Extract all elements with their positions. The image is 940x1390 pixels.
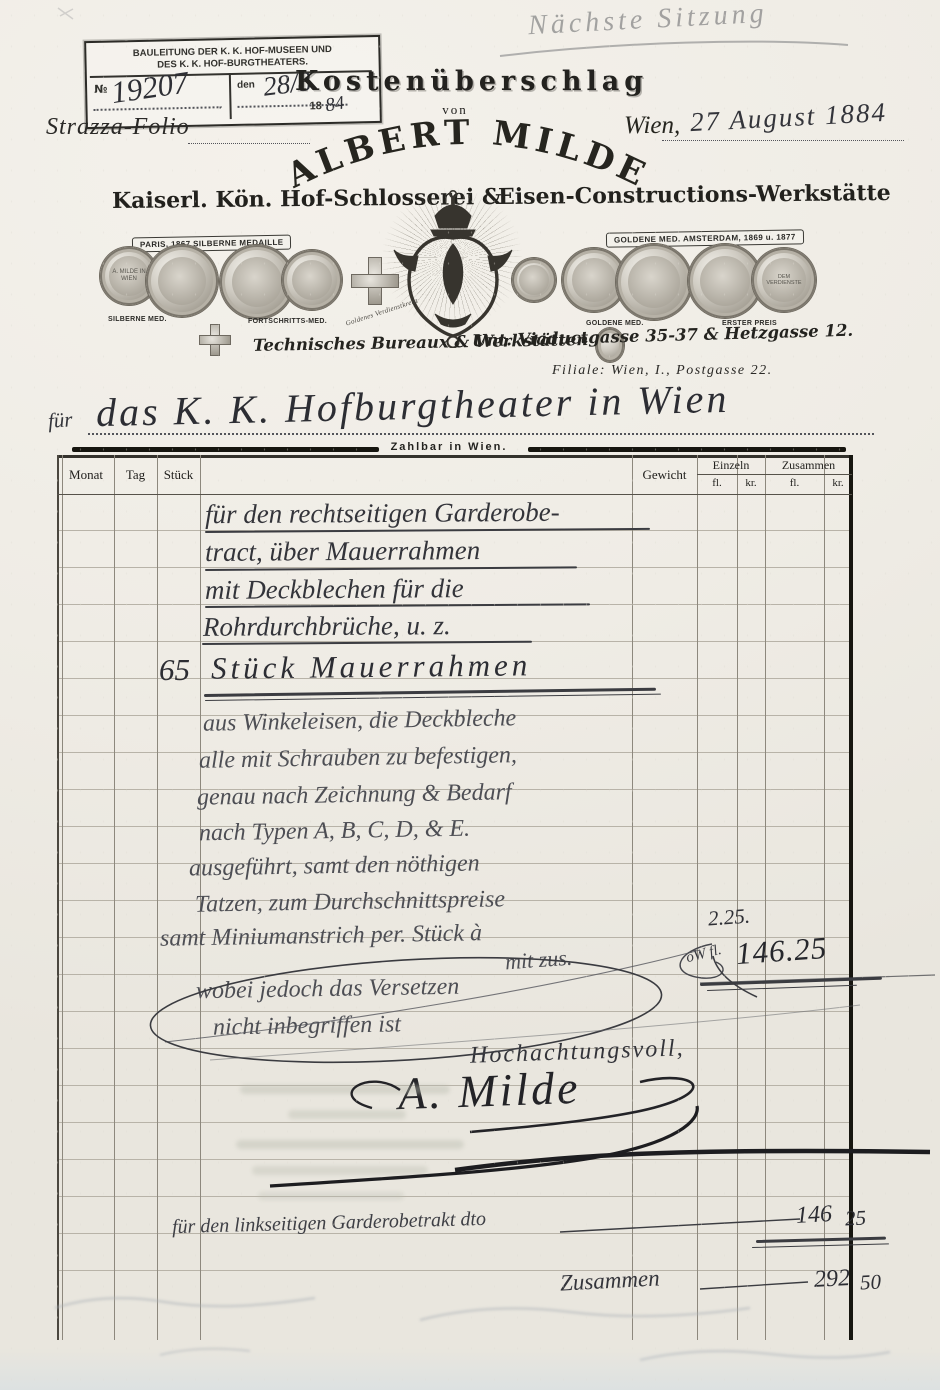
award-banner-right: GOLDENE MED. AMSTERDAM, 1869 u. 1877 <box>606 229 804 247</box>
col-header-kr1: kr. <box>737 477 765 489</box>
entry-heading-line: für den rechtseitigen Garderobe- <box>205 497 560 530</box>
addendum-kr-value: 25 <box>844 1205 866 1231</box>
scanned-document: Nächste Sitzung BAULEITUNG DER K. K. HOF… <box>0 0 940 1390</box>
medal-icon: DEM VERDIENSTE <box>752 248 816 312</box>
medal-relief <box>700 256 750 306</box>
total-kr-value: 50 <box>859 1269 881 1295</box>
faint-stamp-smudge <box>288 1110 406 1119</box>
entry-desc-line: Tatzen, zum Durchschnittspreise <box>195 886 505 918</box>
col-header-tag: Tag <box>114 467 157 483</box>
col-line-einzeln-flkr <box>737 455 738 1340</box>
entry-quantity: 65 <box>159 652 190 688</box>
faint-stamp-smudge <box>258 1192 404 1200</box>
stamp-number-value: 19207 <box>109 64 191 111</box>
doc-title: Kostenüberschlag <box>295 66 615 97</box>
recipient-prefix: für <box>47 407 73 434</box>
medal-icon <box>616 244 692 320</box>
date-ruleline <box>662 140 904 141</box>
medal-icon <box>146 245 218 317</box>
medal-label-fortschritts: FORTSCHRITTS-MED. <box>248 318 327 325</box>
entry-desc-line: genau nach Zeichnung & Bedarf <box>197 779 512 811</box>
date-handwritten: 27 August 1884 <box>689 97 887 138</box>
order-cross-icon <box>200 325 230 355</box>
col-header-kr2: kr. <box>824 477 852 489</box>
medal-icon <box>688 244 762 318</box>
medal-relief <box>232 257 282 307</box>
stamp-number-label: № <box>94 83 108 96</box>
medal-relief <box>572 258 616 302</box>
col-header-fl2: fl. <box>765 477 824 489</box>
total-fl-value: 292 <box>813 1265 850 1294</box>
col-header-monat: Monat <box>58 467 114 483</box>
entry-desc-line: samt Miniumanstrich per. Stück à <box>160 920 482 953</box>
strazza-folio-label: Strazza-Folio <box>46 114 190 141</box>
header-bottom-rule <box>57 494 852 495</box>
merit-cross-icon <box>352 258 398 304</box>
scan-edge-tint <box>0 1348 940 1390</box>
col-line-einzeln <box>765 455 766 1340</box>
total-label: Zusammen <box>559 1265 660 1296</box>
von-label: von <box>300 102 610 118</box>
entry-desc-line: aus Winkeleisen, die Deckbleche <box>203 705 517 737</box>
table-border-left-inner <box>62 455 63 1340</box>
address-line: Unt. Viaductgasse 35-37 & Hetzgasse 12. <box>472 321 854 351</box>
medal-relief <box>158 257 207 306</box>
col-header-fl1: fl. <box>697 477 737 489</box>
addendum-fl-value: 146 <box>795 1201 832 1230</box>
medal-inscription-left-text: A. MILDE IN WIEN <box>109 269 148 282</box>
payable-bar-left <box>72 447 379 452</box>
col-header-einzeln: Einzeln <box>697 458 765 473</box>
imperial-eagle-emblem <box>383 186 523 348</box>
payable-bar-right <box>528 447 846 452</box>
col-header-gewicht: Gewicht <box>632 467 697 483</box>
entry-desc-line: nach Typen A, B, C, D, & E. <box>199 816 471 848</box>
line-total-value: 146.25 <box>735 930 829 972</box>
col-line-desc <box>632 455 633 1340</box>
col-line-tag <box>157 455 158 1340</box>
entry-heading-line: mit Deckblechen für die <box>205 573 464 606</box>
recipient-ruleline <box>88 433 874 435</box>
medal-relief <box>628 256 680 308</box>
col-header-stueck: Stück <box>157 467 200 483</box>
col-line-monat <box>114 455 115 1340</box>
recipient-line: das K. K. Hofburgtheater in Wien <box>96 375 730 436</box>
entry-heading-line: tract, über Mauerrahmen <box>205 535 480 568</box>
medal-relief <box>292 260 333 301</box>
medal-inscription-left: A. MILDE IN WIEN <box>109 256 148 295</box>
medal-icon <box>282 250 342 310</box>
entry-item-title: Stück Mauerrahmen <box>211 647 532 686</box>
faint-stamp-smudge <box>240 1085 450 1094</box>
faint-stamp-smudge <box>252 1166 428 1175</box>
medal-icon <box>512 258 556 302</box>
stamp-date-label: den <box>237 80 255 91</box>
table-border-left <box>57 455 59 1340</box>
exclusion-note-line2: nicht inbegriffen ist <box>213 1011 401 1041</box>
pencil-annotation: Nächste Sitzung <box>527 0 768 42</box>
entry-heading-line: Rohrdurchbrüche, u. z. <box>203 610 451 643</box>
entry-desc-line: ausgeführt, samt den nöthigen <box>189 850 480 882</box>
col-line-gewicht <box>697 455 698 1340</box>
subtitle-right: Eisen-Constructions-Werkstätte <box>498 180 891 210</box>
entry-desc-line: alle mit Schrauben zu befestigen, <box>199 742 517 775</box>
col-header-zusammen: Zusammen <box>765 458 852 473</box>
header-sub-rule <box>697 474 852 475</box>
medal-inscription-right-text: DEM VERDIENSTE <box>762 274 806 286</box>
payable-note: Zahlbar in Wien. <box>384 441 514 453</box>
sum-note: mit zus. <box>504 945 573 976</box>
unit-price-value: 2.25. <box>707 904 751 932</box>
medal-inscription-right: DEM VERDIENSTE <box>762 258 806 302</box>
medal-relief <box>519 265 549 295</box>
medal-label-silberne: SILBERNE MED. <box>108 316 167 323</box>
stamp-divider-v <box>229 73 231 119</box>
faint-stamp-smudge <box>236 1140 464 1149</box>
exclusion-note-line1: wobei jedoch das Versetzen <box>196 974 460 1006</box>
